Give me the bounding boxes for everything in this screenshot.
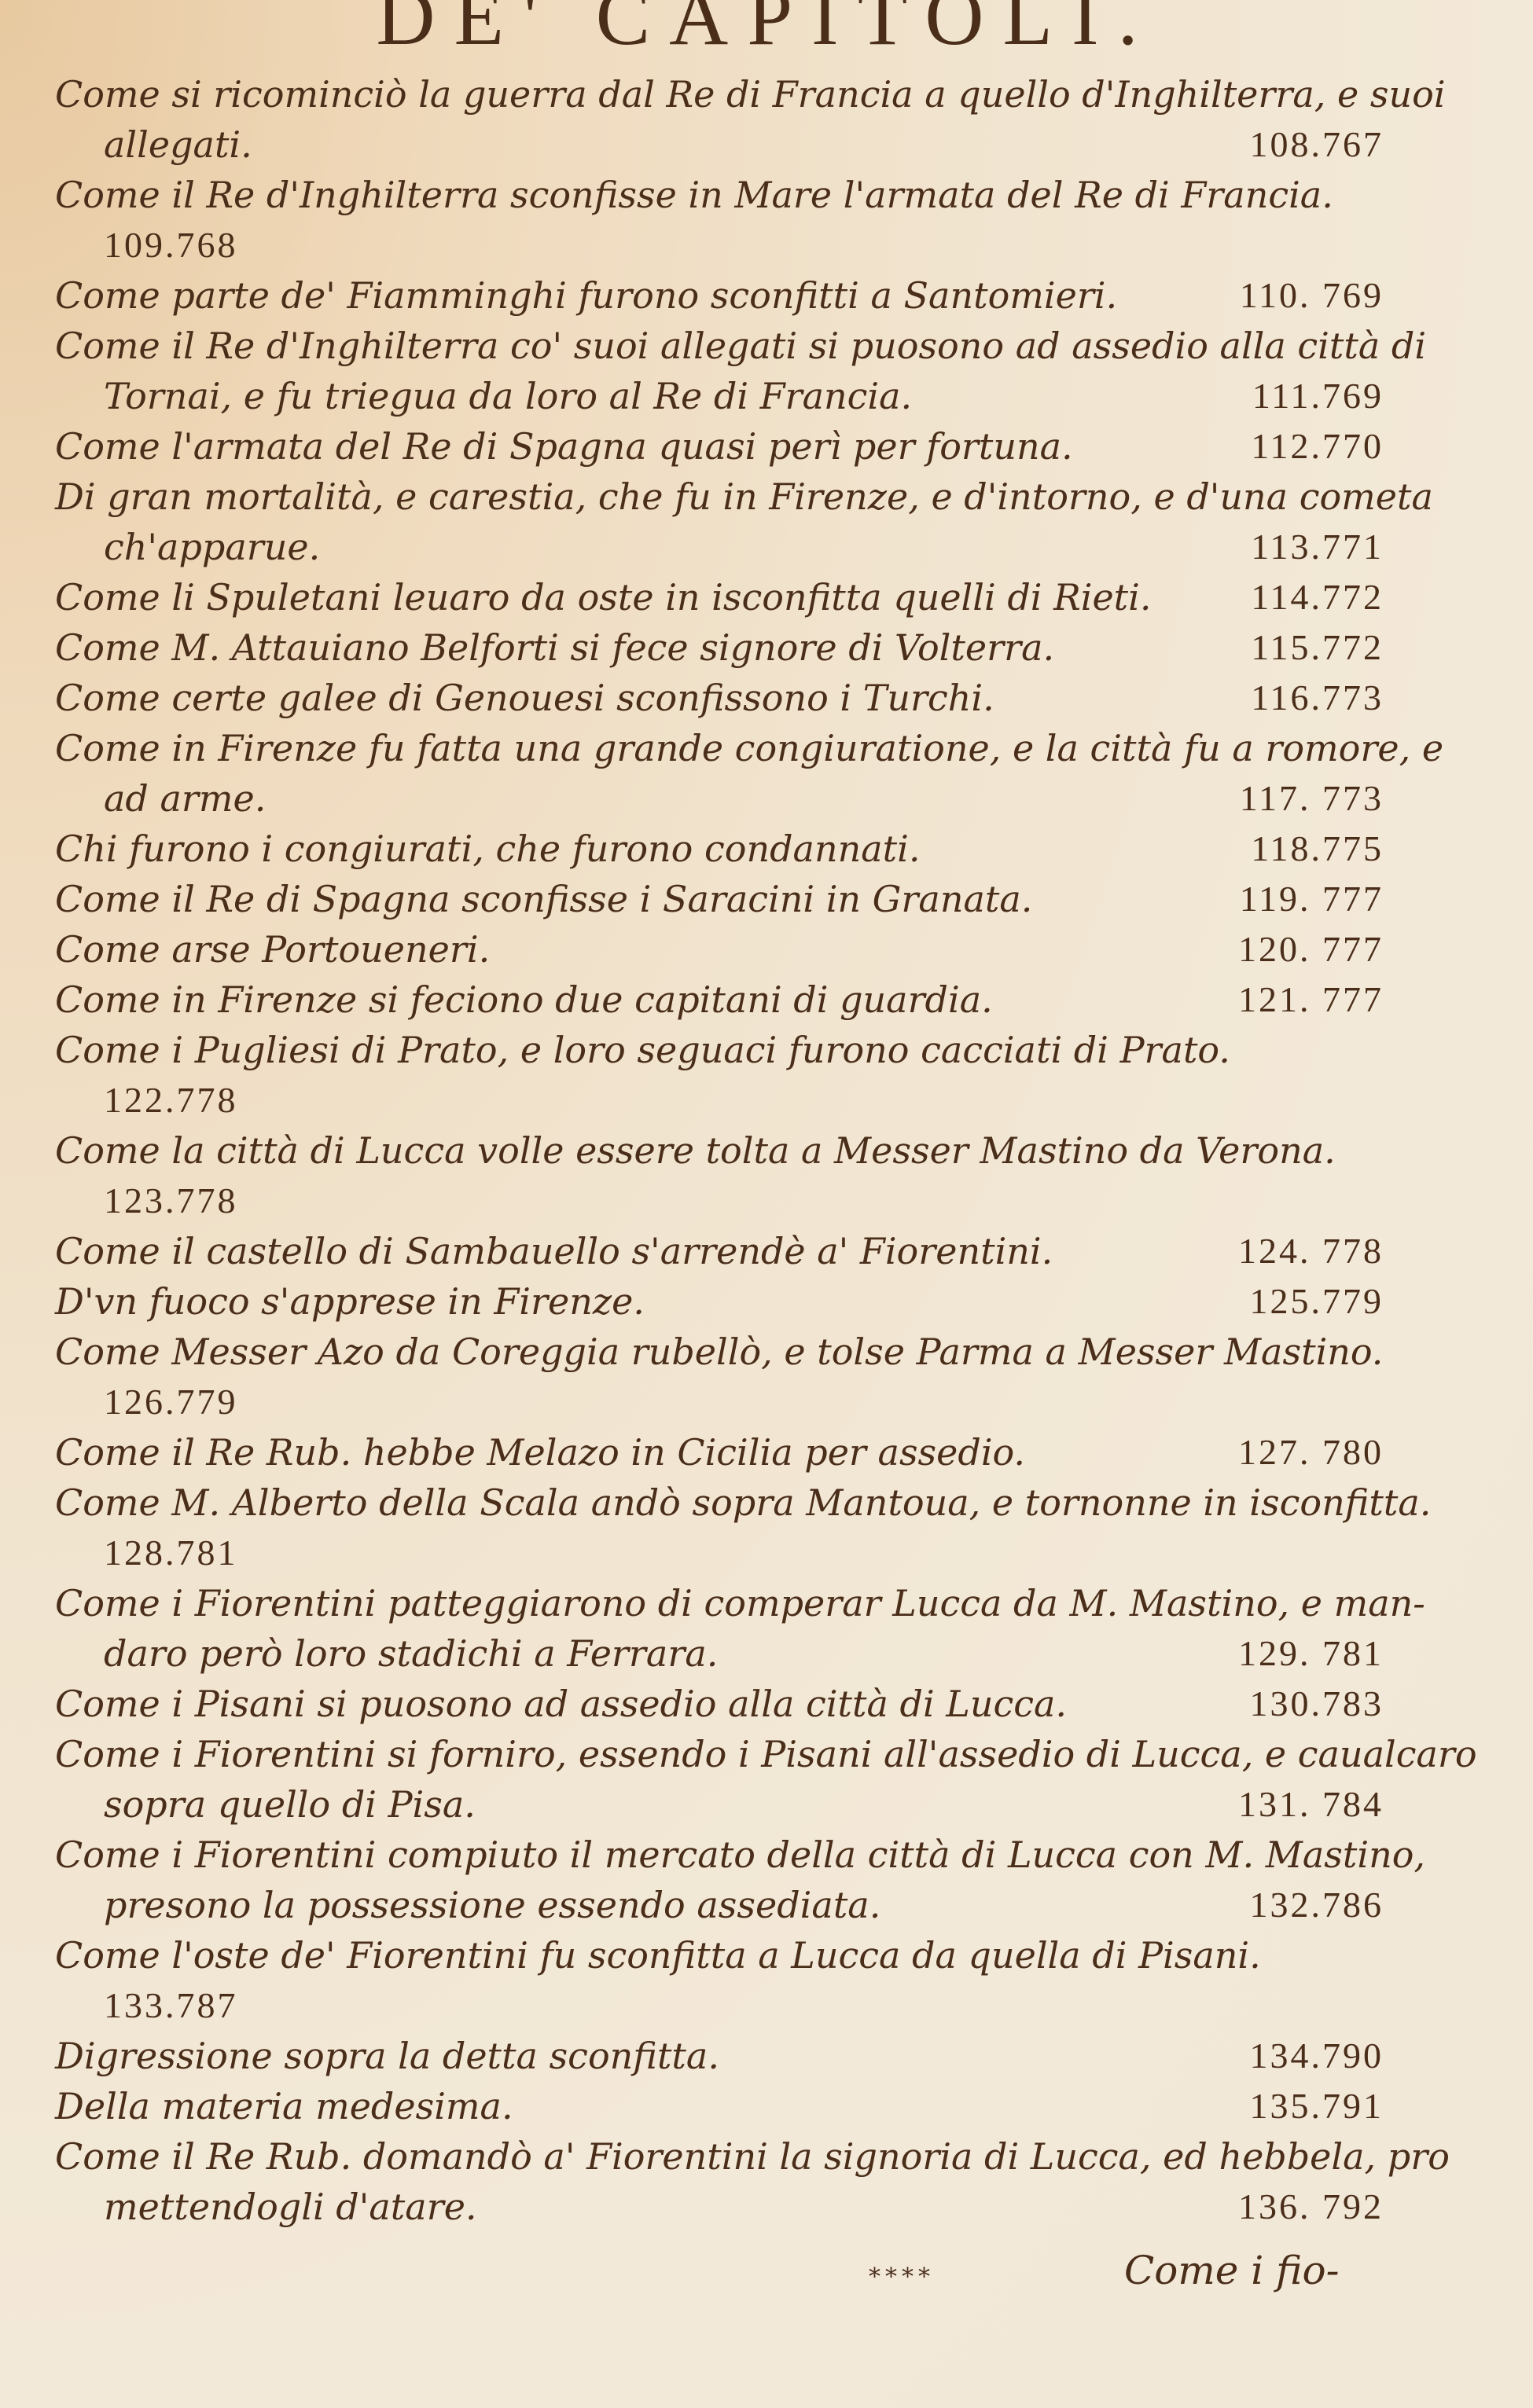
toc-entry: Della materia medesima.135.791 [55, 2081, 1384, 2131]
entry-continuation-line: sopra quello di Pisa. [55, 1779, 1384, 1830]
catchword: Come i fio- [1124, 2248, 1340, 2293]
toc-entry: Come il Re d'Inghilterra co' suoi allega… [55, 321, 1384, 421]
toc-entry: Di gran mortalità, e carestia, che fu in… [55, 472, 1384, 572]
entry-title-line: Come li Spuletani leuaro da oste in isco… [55, 572, 1384, 622]
chapter-page-reference: 133.787 [55, 1980, 1384, 2031]
toc-entry: Come il Re d'Inghilterra sconfisse in Ma… [55, 170, 1384, 270]
page-footer: **** Come i fio- [0, 2248, 1533, 2311]
toc-entry: Come si ricominciò la guerra dal Re di F… [55, 69, 1384, 170]
entry-title-line: Come certe galee di Genouesi sconfissono… [55, 673, 1384, 723]
toc-entry: Come la città di Lucca volle essere tolt… [55, 1125, 1384, 1226]
chapter-page-reference: 108.767 [1250, 119, 1384, 170]
toc-entry: Digressione sopra la detta sconfitta.134… [55, 2031, 1384, 2081]
entry-title-line: Della materia medesima. [55, 2081, 1384, 2131]
chapter-page-reference: 119. 777 [1240, 874, 1384, 924]
entry-title-line: Di gran mortalità, e carestia, che fu in… [55, 472, 1384, 522]
toc-entry: Come il castello di Sambauello s'arrendè… [55, 1226, 1384, 1276]
entry-title-line: Come l'armata del Re di Spagna quasi per… [55, 421, 1384, 472]
chapter-page-reference: 109.768 [55, 220, 1384, 270]
chapter-page-reference: 117. 773 [1240, 773, 1384, 824]
entry-title-line: Come i Pisani si puosono ad assedio alla… [55, 1679, 1384, 1729]
entry-title-line: Come M. Attauiano Belforti si fece signo… [55, 622, 1384, 673]
entry-title-line: Come parte de' Fiamminghi furono sconfit… [55, 270, 1384, 321]
toc-entry: Come parte de' Fiamminghi furono sconfit… [55, 270, 1384, 321]
entry-continuation-line: allegati. [55, 119, 1384, 170]
toc-entry: Come i Pugliesi di Prato, e loro seguaci… [55, 1025, 1384, 1125]
chapter-page-reference: 111.769 [1252, 371, 1384, 421]
chapter-page-reference: 120. 777 [1238, 924, 1384, 975]
toc-entry: Come i Fiorentini si forniro, essendo i … [55, 1729, 1384, 1830]
chapter-page-reference: 113.771 [1251, 522, 1384, 572]
entry-title-line: Come il Re d'Inghilterra sconfisse in Ma… [55, 170, 1384, 220]
chapter-page-reference: 116.773 [1251, 673, 1384, 723]
entry-title-line: Come la città di Lucca volle essere tolt… [55, 1125, 1384, 1176]
chapter-page-reference: 125.779 [1250, 1276, 1384, 1327]
chapter-page-reference: 122.778 [55, 1075, 1384, 1125]
toc-entry: D'vn fuoco s'apprese in Firenze.125.779 [55, 1276, 1384, 1327]
entry-continuation-line: Tornai, e fu triegua da loro al Re di Fr… [55, 371, 1384, 421]
chapter-page-reference: 115.772 [1251, 622, 1384, 673]
toc-entry: Come M. Alberto della Scala andò sopra M… [55, 1477, 1384, 1578]
toc-entry: Come arse Portoueneri.120. 777 [55, 924, 1384, 975]
chapter-page-reference: 121. 777 [1238, 975, 1384, 1025]
toc-entry: Come i Fiorentini patteggiarono di compe… [55, 1578, 1384, 1679]
toc-entry: Come in Firenze fu fatta una grande cong… [55, 723, 1384, 824]
chapter-page-reference: 118.775 [1251, 824, 1384, 874]
entry-title-line: Come i Fiorentini si forniro, essendo i … [55, 1729, 1384, 1779]
toc-entry: Come li Spuletani leuaro da oste in isco… [55, 572, 1384, 622]
entry-title-line: Come i Fiorentini patteggiarono di compe… [55, 1578, 1384, 1628]
toc-entry: Come il Re di Spagna sconfisse i Saracin… [55, 874, 1384, 924]
chapter-page-reference: 136. 792 [1238, 2182, 1384, 2232]
toc-entry: Come M. Attauiano Belforti si fece signo… [55, 622, 1384, 673]
toc-entry: Come i Pisani si puosono ad assedio alla… [55, 1679, 1384, 1729]
entry-title-line: Come i Fiorentini compiuto il mercato de… [55, 1830, 1384, 1880]
entry-title-line: Chi furono i congiurati, che furono cond… [55, 824, 1384, 874]
chapter-page-reference: 124. 778 [1238, 1226, 1384, 1276]
chapter-page-reference: 127. 780 [1238, 1427, 1384, 1477]
entry-continuation-line: ad arme. [55, 773, 1384, 824]
chapter-page-reference: 128.781 [55, 1528, 1384, 1578]
book-page: DE' CAPITOLI. Come si ricominciò la guer… [0, 0, 1533, 2408]
entry-continuation-line: presono la possessione essendo assediata… [55, 1880, 1384, 1930]
entry-continuation-line: daro però loro stadichi a Ferrara. [55, 1628, 1384, 1679]
entry-title-line: D'vn fuoco s'apprese in Firenze. [55, 1276, 1384, 1327]
page-title: DE' CAPITOLI. [0, 0, 1533, 64]
entry-title-line: Come il Re Rub. hebbe Melazo in Cicilia … [55, 1427, 1384, 1477]
chapter-page-reference: 135.791 [1250, 2081, 1384, 2131]
entry-title-line: Come si ricominciò la guerra dal Re di F… [55, 69, 1384, 119]
entry-title-line: Come l'oste de' Fiorentini fu sconfitta … [55, 1930, 1384, 1980]
entry-title-line: Come in Firenze si feciono due capitani … [55, 975, 1384, 1025]
entry-title-line: Come M. Alberto della Scala andò sopra M… [55, 1477, 1384, 1528]
toc-entry: Come il Re Rub. domandò a' Fiorentini la… [55, 2131, 1384, 2232]
entry-title-line: Come arse Portoueneri. [55, 924, 1384, 975]
entry-title-line: Come il castello di Sambauello s'arrendè… [55, 1226, 1384, 1276]
chapter-page-reference: 130.783 [1250, 1679, 1384, 1729]
chapter-page-reference: 134.790 [1250, 2031, 1384, 2081]
toc-entry: Come l'armata del Re di Spagna quasi per… [55, 421, 1384, 472]
entry-title-line: Come Messer Azo da Coreggia rubellò, e t… [55, 1327, 1384, 1377]
chapter-page-reference: 129. 781 [1238, 1628, 1384, 1679]
toc-entry: Come i Fiorentini compiuto il mercato de… [55, 1830, 1384, 1930]
entry-title-line: Come il Re di Spagna sconfisse i Saracin… [55, 874, 1384, 924]
signature-mark: **** [869, 2263, 935, 2291]
entry-continuation-line: ch'apparue. [55, 522, 1384, 572]
toc-entry: Come il Re Rub. hebbe Melazo in Cicilia … [55, 1427, 1384, 1477]
entry-continuation-line: mettendogli d'atare. [55, 2182, 1384, 2232]
chapter-page-reference: 126.779 [55, 1377, 1384, 1427]
chapter-page-reference: 131. 784 [1238, 1779, 1384, 1830]
entry-title-line: Come il Re d'Inghilterra co' suoi allega… [55, 321, 1384, 371]
toc-entry: Come l'oste de' Fiorentini fu sconfitta … [55, 1930, 1384, 2031]
toc-entry: Come in Firenze si feciono due capitani … [55, 975, 1384, 1025]
entry-title-line: Come il Re Rub. domandò a' Fiorentini la… [55, 2131, 1384, 2182]
chapter-page-reference: 114.772 [1251, 572, 1384, 622]
chapter-page-reference: 132.786 [1250, 1880, 1384, 1930]
chapter-page-reference: 110. 769 [1240, 270, 1384, 321]
table-of-contents: Come si ricominciò la guerra dal Re di F… [55, 69, 1384, 2232]
toc-entry: Come Messer Azo da Coreggia rubellò, e t… [55, 1327, 1384, 1427]
entry-title-line: Come i Pugliesi di Prato, e loro seguaci… [55, 1025, 1384, 1075]
toc-entry: Come certe galee di Genouesi sconfissono… [55, 673, 1384, 723]
chapter-page-reference: 112.770 [1251, 421, 1384, 472]
toc-entry: Chi furono i congiurati, che furono cond… [55, 824, 1384, 874]
entry-title-line: Digressione sopra la detta sconfitta. [55, 2031, 1384, 2081]
chapter-page-reference: 123.778 [55, 1176, 1384, 1226]
entry-title-line: Come in Firenze fu fatta una grande cong… [55, 723, 1384, 773]
